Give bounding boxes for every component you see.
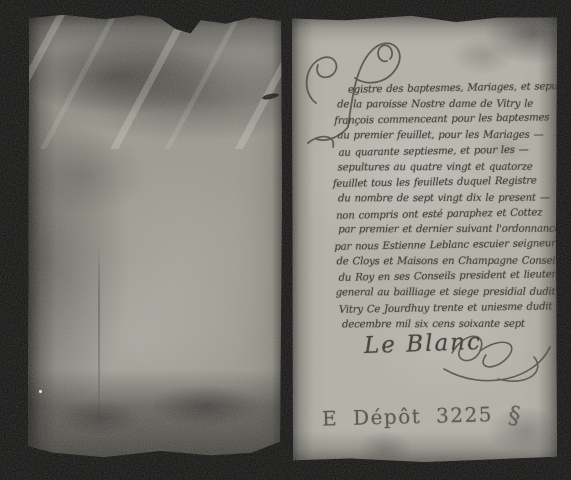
paper-speck [39, 390, 42, 393]
left-page [28, 14, 282, 457]
paper-stain-bottom [28, 369, 282, 457]
manuscript-line: par nous Estienne Leblanc escuier seigne… [334, 236, 556, 255]
paper-crease [98, 242, 100, 427]
archive-reference: E Dépôt 3225§ [322, 398, 523, 431]
manuscript-line: au premier feuillet, pour les Mariages — [337, 128, 555, 144]
manuscript-line: egistre des baptesmes, Mariages, et sepu… [348, 79, 555, 98]
manuscript-text: egistre des baptesmes, Mariages, et sepu… [337, 80, 557, 333]
paper-streaks [28, 14, 282, 149]
archive-reference-text: E Dépôt 3225 [322, 402, 494, 430]
manuscript-line: du nombre de sept vingt dix le present — [338, 191, 556, 207]
archive-reference-paraph: § [506, 401, 524, 431]
manuscript-line: au quarante septiesme, et pour les — [338, 142, 555, 161]
signature: Le Blanc [364, 329, 483, 359]
manuscript-line: Vitry Ce Jourdhuy trente et uniesme dudi… [339, 299, 557, 318]
scanned-register-image: egistre des baptesmes, Mariages, et sepu… [0, 0, 571, 480]
right-page: egistre des baptesmes, Mariages, et sepu… [292, 15, 557, 462]
